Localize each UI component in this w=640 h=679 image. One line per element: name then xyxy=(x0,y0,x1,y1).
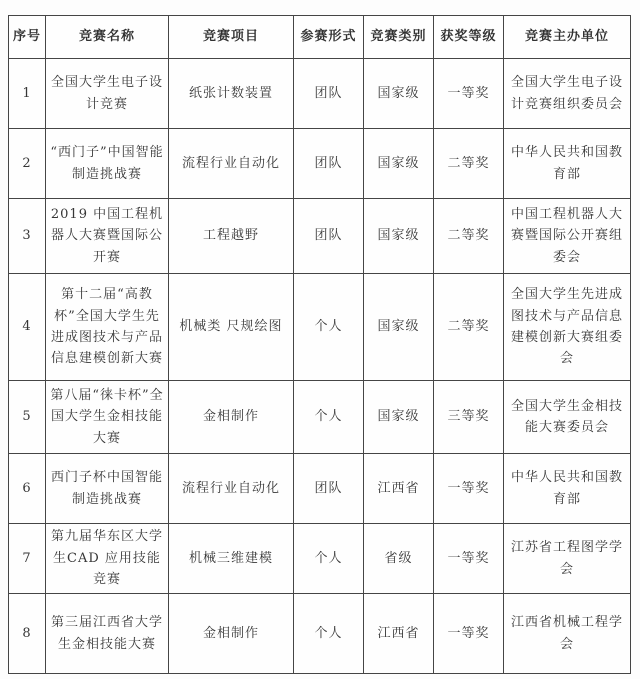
cell-organizer: 全国大学生先进成图技术与产品信息建模创新大赛组委会 xyxy=(504,274,631,381)
cell-organizer: 中国工程机器人大赛暨国际公开赛组委会 xyxy=(504,199,631,274)
table-row: 8第三届江西省大学生金相技能大赛金相制作个人江西省一等奖江西省机械工程学会 xyxy=(9,594,631,674)
cell-index: 8 xyxy=(9,594,46,674)
cell-competition-category: 江西省 xyxy=(364,594,434,674)
cell-participation-form: 个人 xyxy=(294,524,364,594)
col-header-competition-name: 竞赛名称 xyxy=(46,16,169,59)
cell-index: 2 xyxy=(9,129,46,199)
cell-competition-event: 机械类 尺规绘图 xyxy=(169,274,294,381)
cell-competition-event: 工程越野 xyxy=(169,199,294,274)
table-body: 1全国大学生电子设计竞赛纸张计数装置团队国家级一等奖全国大学生电子设计竞赛组织委… xyxy=(9,59,631,674)
cell-award-level: 二等奖 xyxy=(434,274,504,381)
cell-competition-category: 国家级 xyxy=(364,129,434,199)
table-header: 序号 竞赛名称 竞赛项目 参赛形式 竞赛类别 获奖等级 竞赛主办单位 xyxy=(9,16,631,59)
cell-competition-category: 省级 xyxy=(364,524,434,594)
cell-competition-category: 国家级 xyxy=(364,199,434,274)
page: 序号 竞赛名称 竞赛项目 参赛形式 竞赛类别 获奖等级 竞赛主办单位 1全国大学… xyxy=(0,0,640,679)
cell-competition-category: 国家级 xyxy=(364,381,434,454)
col-header-index: 序号 xyxy=(9,16,46,59)
cell-participation-form: 个人 xyxy=(294,381,364,454)
cell-competition-event: 流程行业自动化 xyxy=(169,129,294,199)
table-row: 6西门子杯中国智能制造挑战赛流程行业自动化团队江西省一等奖中华人民共和国教育部 xyxy=(9,454,631,524)
cell-competition-event: 金相制作 xyxy=(169,594,294,674)
cell-participation-form: 团队 xyxy=(294,454,364,524)
cell-competition-event: 纸张计数装置 xyxy=(169,59,294,129)
col-header-award-level: 获奖等级 xyxy=(434,16,504,59)
cell-award-level: 一等奖 xyxy=(434,594,504,674)
cell-competition-category: 国家级 xyxy=(364,59,434,129)
cell-competition-category: 江西省 xyxy=(364,454,434,524)
cell-award-level: 二等奖 xyxy=(434,199,504,274)
cell-competition-name: 第八届“徕卡杯”全国大学生金相技能大赛 xyxy=(46,381,169,454)
cell-participation-form: 个人 xyxy=(294,594,364,674)
cell-organizer: 全国大学生金相技能大赛委员会 xyxy=(504,381,631,454)
cell-award-level: 三等奖 xyxy=(434,381,504,454)
col-header-competition-category: 竞赛类别 xyxy=(364,16,434,59)
cell-participation-form: 团队 xyxy=(294,129,364,199)
table-row: 7第九届华东区大学生CAD 应用技能竞赛机械三维建模个人省级一等奖江苏省工程图学… xyxy=(9,524,631,594)
cell-index: 3 xyxy=(9,199,46,274)
cell-index: 5 xyxy=(9,381,46,454)
cell-competition-name: 第九届华东区大学生CAD 应用技能竞赛 xyxy=(46,524,169,594)
cell-competition-name: 全国大学生电子设计竞赛 xyxy=(46,59,169,129)
cell-organizer: 江苏省工程图学学会 xyxy=(504,524,631,594)
table-row: 4第十二届“高教杯”全国大学生先进成图技术与产品信息建模创新大赛机械类 尺规绘图… xyxy=(9,274,631,381)
table-row: 32019 中国工程机器人大赛暨国际公开赛工程越野团队国家级二等奖中国工程机器人… xyxy=(9,199,631,274)
cell-competition-name: 第十二届“高教杯”全国大学生先进成图技术与产品信息建模创新大赛 xyxy=(46,274,169,381)
table-row: 1全国大学生电子设计竞赛纸张计数装置团队国家级一等奖全国大学生电子设计竞赛组织委… xyxy=(9,59,631,129)
cell-organizer: 中华人民共和国教育部 xyxy=(504,454,631,524)
cell-competition-name: 第三届江西省大学生金相技能大赛 xyxy=(46,594,169,674)
table-row: 2“西门子”中国智能制造挑战赛流程行业自动化团队国家级二等奖中华人民共和国教育部 xyxy=(9,129,631,199)
cell-organizer: 全国大学生电子设计竞赛组织委员会 xyxy=(504,59,631,129)
cell-index: 7 xyxy=(9,524,46,594)
table-row: 5第八届“徕卡杯”全国大学生金相技能大赛金相制作个人国家级三等奖全国大学生金相技… xyxy=(9,381,631,454)
cell-competition-event: 流程行业自动化 xyxy=(169,454,294,524)
cell-participation-form: 团队 xyxy=(294,59,364,129)
cell-competition-event: 金相制作 xyxy=(169,381,294,454)
cell-award-level: 一等奖 xyxy=(434,59,504,129)
cell-award-level: 一等奖 xyxy=(434,454,504,524)
cell-participation-form: 个人 xyxy=(294,274,364,381)
col-header-participation-form: 参赛形式 xyxy=(294,16,364,59)
cell-participation-form: 团队 xyxy=(294,199,364,274)
cell-index: 4 xyxy=(9,274,46,381)
cell-organizer: 江西省机械工程学会 xyxy=(504,594,631,674)
cell-organizer: 中华人民共和国教育部 xyxy=(504,129,631,199)
cell-competition-event: 机械三维建模 xyxy=(169,524,294,594)
cell-index: 1 xyxy=(9,59,46,129)
header-row: 序号 竞赛名称 竞赛项目 参赛形式 竞赛类别 获奖等级 竞赛主办单位 xyxy=(9,16,631,59)
cell-award-level: 一等奖 xyxy=(434,524,504,594)
cell-award-level: 二等奖 xyxy=(434,129,504,199)
cell-competition-name: “西门子”中国智能制造挑战赛 xyxy=(46,129,169,199)
col-header-competition-event: 竞赛项目 xyxy=(169,16,294,59)
cell-competition-name: 西门子杯中国智能制造挑战赛 xyxy=(46,454,169,524)
cell-competition-name: 2019 中国工程机器人大赛暨国际公开赛 xyxy=(46,199,169,274)
col-header-organizer: 竞赛主办单位 xyxy=(504,16,631,59)
cell-index: 6 xyxy=(9,454,46,524)
cell-competition-category: 国家级 xyxy=(364,274,434,381)
awards-table: 序号 竞赛名称 竞赛项目 参赛形式 竞赛类别 获奖等级 竞赛主办单位 1全国大学… xyxy=(8,15,631,674)
